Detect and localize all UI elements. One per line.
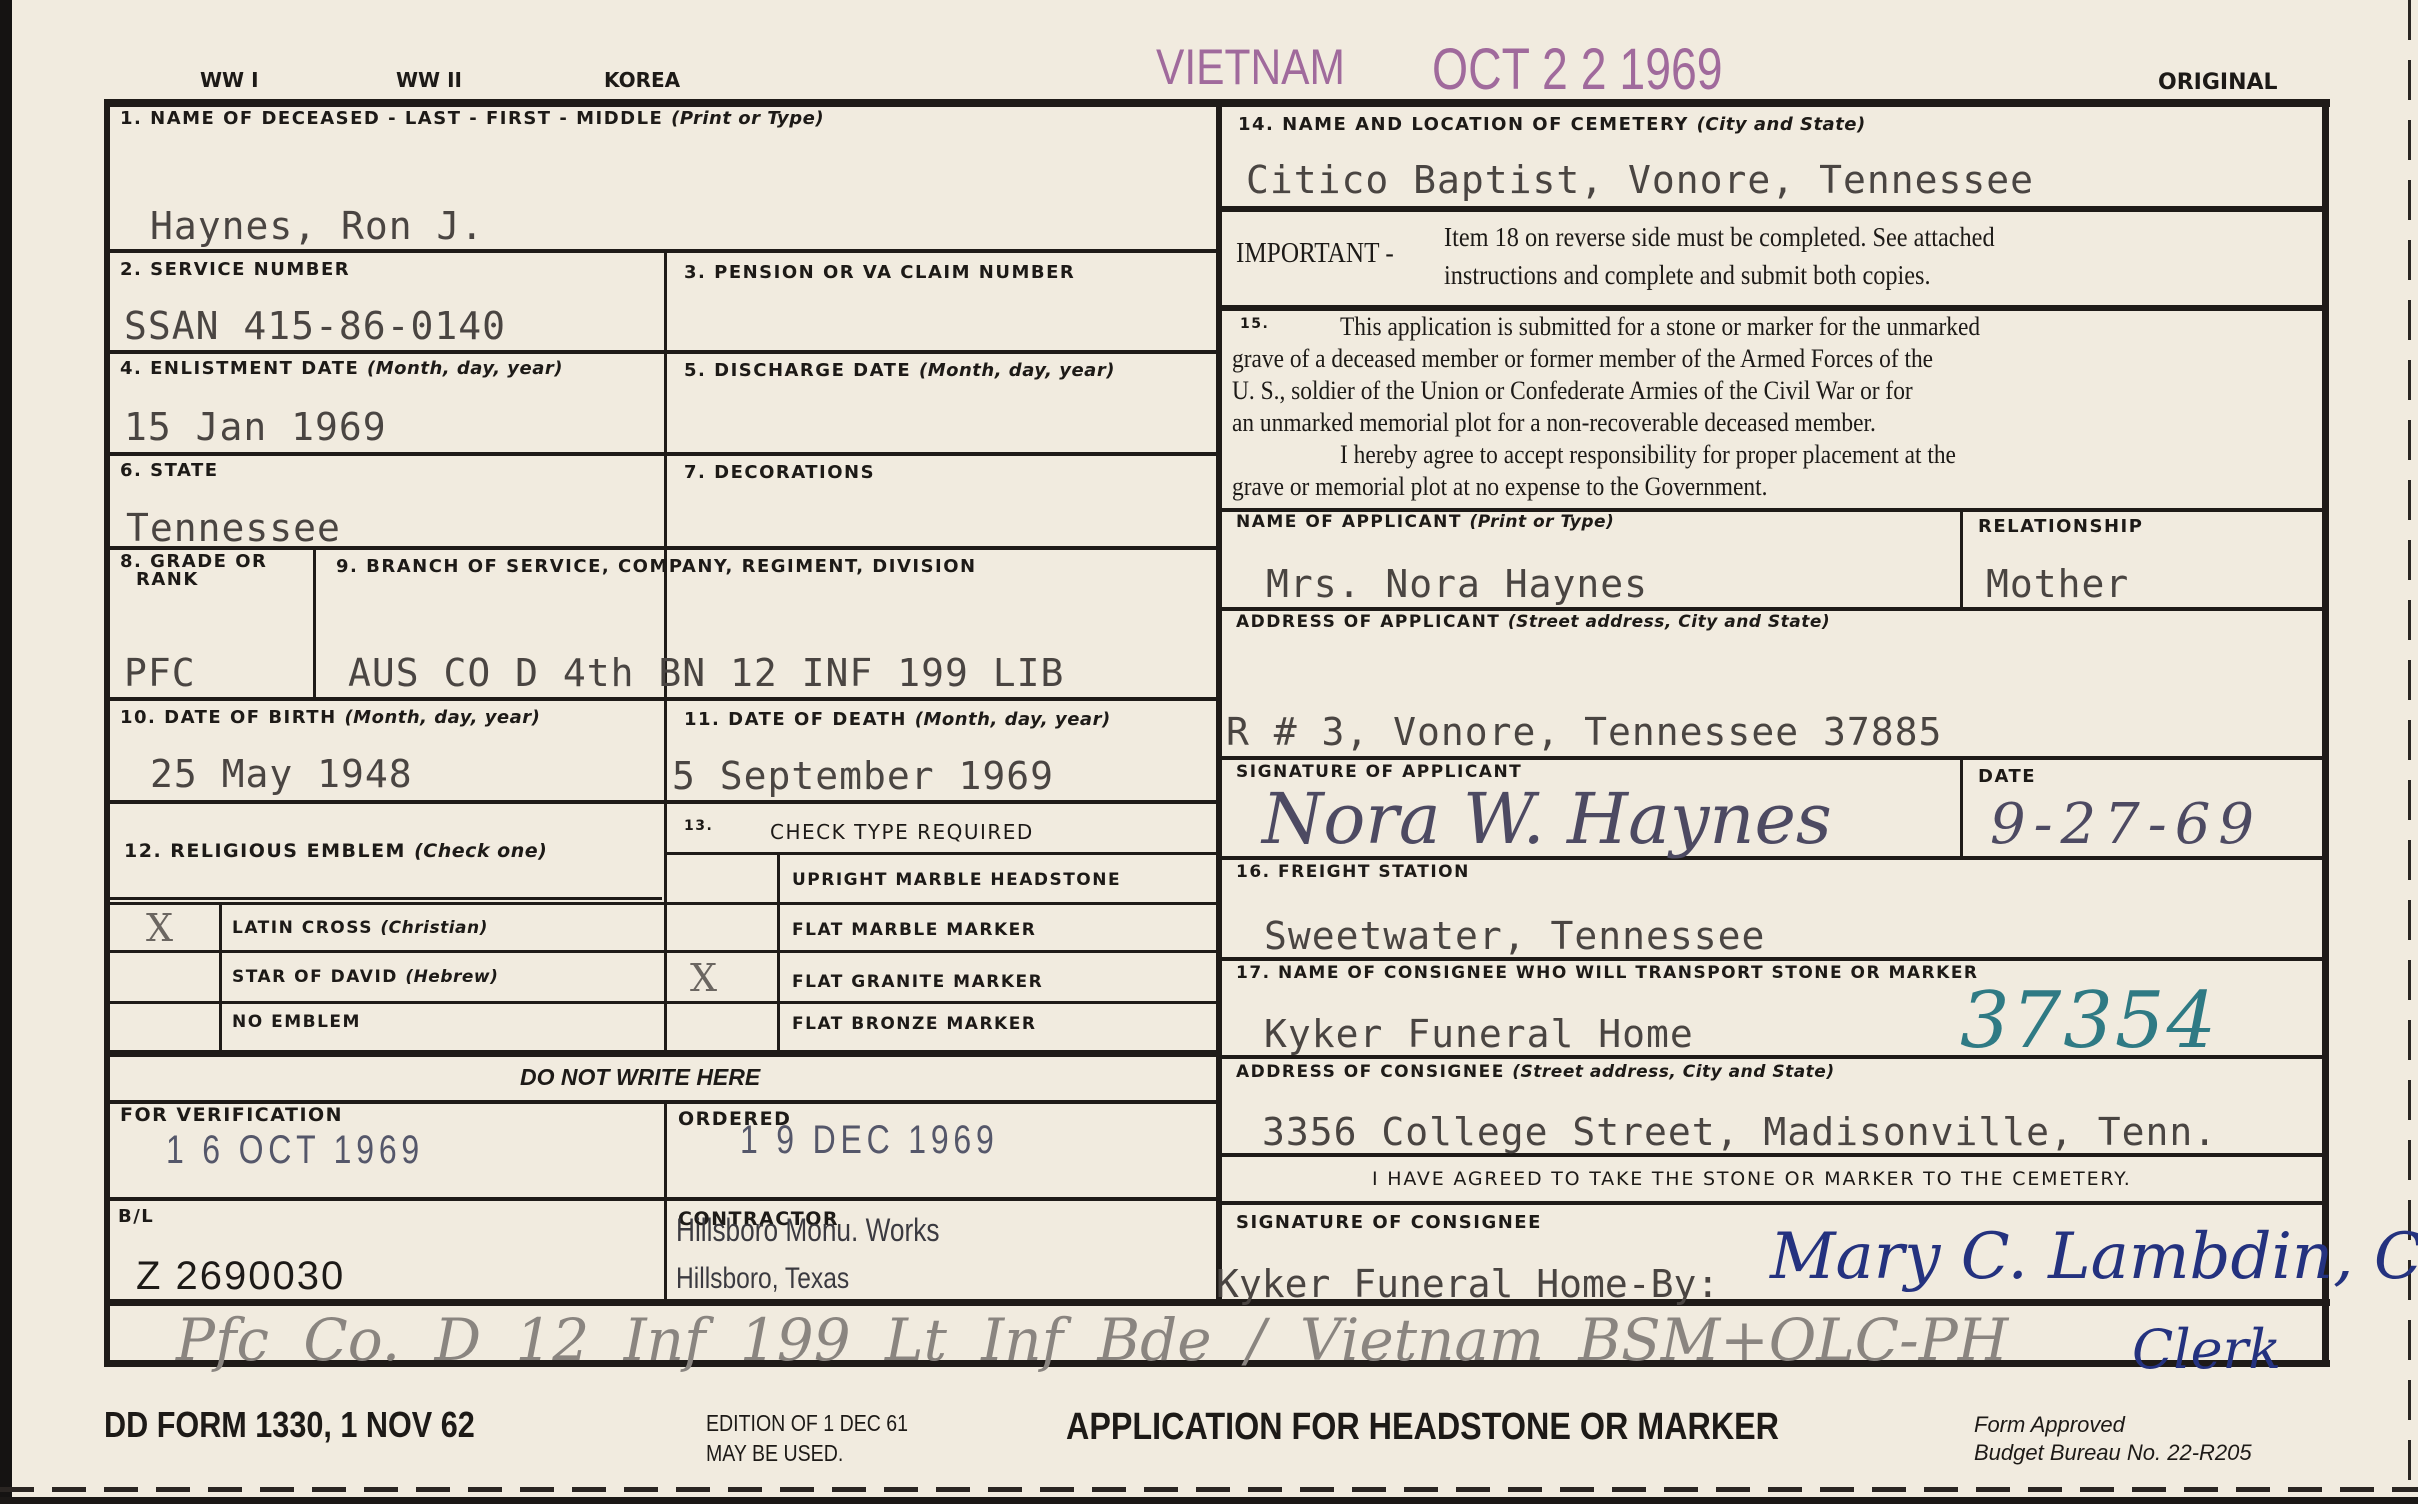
latin-cross-checkbox[interactable]: X	[146, 906, 173, 950]
rule	[1220, 305, 2326, 311]
applicant-address-value[interactable]: R # 3, Vonore, Tennessee 37885	[1226, 710, 1942, 754]
statement-line-6: grave or memorial plot at no expense to …	[1232, 472, 1767, 502]
statement-line-1: This application is submitted for a ston…	[1340, 312, 1980, 342]
rule	[104, 249, 1220, 253]
field-2-label: 2. SERVICE NUMBER	[120, 259, 350, 280]
option-flat-marble: FLAT MARBLE MARKER	[792, 920, 1036, 940]
consignee-zip-annotation: 37354	[1960, 976, 2218, 1066]
relationship-value[interactable]: Mother	[1986, 562, 2129, 606]
remarks-ink-notation: Clerk	[2132, 1318, 2281, 1381]
bl-number-value: Z 2690030	[136, 1254, 345, 1299]
consignee-signature-handwritten: Mary C. Lambdin, Clerk	[1770, 1220, 2418, 1294]
rule-v	[664, 700, 667, 1052]
rule-v	[313, 548, 316, 699]
agreement-statement: I HAVE AGREED TO TAKE THE STONE OR MARKE…	[1372, 1168, 2132, 1190]
field-13-label: CHECK TYPE REQUIRED	[770, 820, 1034, 844]
rule-v	[1960, 510, 1963, 609]
option-flat-bronze: FLAT BRONZE MARKER	[792, 1014, 1036, 1034]
frame-left	[104, 99, 110, 1367]
applicant-signature: Nora W. Haynes	[1262, 778, 1832, 860]
statement-line-5: I hereby agree to accept responsibility …	[1340, 440, 1956, 470]
applicant-address-label: ADDRESS OF APPLICANT (Street address, Ci…	[1236, 612, 1830, 632]
do-not-write-banner: DO NOT WRITE HERE	[520, 1064, 760, 1091]
war-label-ww2: WW II	[396, 68, 462, 92]
consignee-signature-label: SIGNATURE OF CONSIGNEE	[1236, 1212, 1542, 1233]
field-9-label: 9. BRANCH OF SERVICE, COMPANY, REGIMENT,…	[336, 556, 977, 577]
grade-value[interactable]: PFC	[124, 651, 196, 695]
option-flat-granite: FLAT GRANITE MARKER	[792, 972, 1043, 992]
field-17-label: 17. NAME OF CONSIGNEE WHO WILL TRANSPORT…	[1236, 963, 1979, 983]
rule	[104, 800, 1220, 804]
service-number-value[interactable]: SSAN 415-86-0140	[124, 304, 506, 348]
field-11-label: 11. DATE OF DEATH (Month, day, year)	[684, 709, 1111, 730]
received-date-stamp: OCT 2 2 1969	[1432, 36, 1723, 103]
rule	[104, 902, 1220, 905]
rule	[104, 697, 1220, 701]
edition-note-line-2: MAY BE USED.	[706, 1440, 843, 1467]
verification-date-stamp: 1 6 OCT 1969	[166, 1128, 424, 1173]
state-value[interactable]: Tennessee	[126, 506, 341, 550]
bl-label: B/L	[118, 1206, 154, 1227]
rule-v	[664, 1102, 667, 1302]
field-10-label: 10. DATE OF BIRTH (Month, day, year)	[120, 707, 540, 728]
important-line-2: instructions and complete and submit bot…	[1444, 260, 1931, 291]
approval-line-1: Form Approved	[1974, 1412, 2125, 1438]
form-identifier: DD FORM 1330, 1 NOV 62	[104, 1404, 475, 1446]
rule	[104, 1001, 1220, 1004]
rule	[104, 1050, 1220, 1057]
war-label-korea: KOREA	[604, 68, 680, 92]
branch-value[interactable]: AUS CO D 4th BN 12 INF 199 LIB	[348, 651, 1064, 695]
cemetery-value[interactable]: Citico Baptist, Vonore, Tennessee	[1246, 158, 2034, 202]
consignee-name-value[interactable]: Kyker Funeral Home	[1264, 1012, 1694, 1056]
approval-line-2: Budget Bureau No. 22-R205	[1974, 1440, 2252, 1466]
statement-line-3: U. S., soldier of the Union or Confedera…	[1232, 376, 1913, 406]
contractor-name-stamp: Hillsboro Monu. Works	[676, 1212, 939, 1249]
consignee-signature-typed: Kyker Funeral Home-By:	[1216, 1262, 1719, 1306]
field-15-number: 15.	[1240, 316, 1269, 332]
tear-off-perforation	[0, 1487, 2418, 1492]
scan-left-edge	[0, 0, 12, 1504]
signature-date: 9-27-69	[1990, 792, 2262, 857]
copy-label: ORIGINAL	[2158, 70, 2278, 95]
applicant-name-label: NAME OF APPLICANT (Print or Type)	[1236, 512, 1614, 532]
applicant-name-value[interactable]: Mrs. Nora Haynes	[1266, 562, 1648, 606]
flat-granite-checkbox[interactable]: X	[690, 956, 717, 1000]
frame-right	[2322, 99, 2329, 1367]
enlistment-date-value[interactable]: 15 Jan 1969	[124, 405, 387, 449]
rule	[666, 852, 1220, 855]
field-3-label: 3. PENSION OR VA CLAIM NUMBER	[684, 262, 1075, 283]
option-latin-cross: LATIN CROSS (Christian)	[232, 918, 488, 938]
vietnam-stamp: VIETNAM	[1156, 38, 1345, 96]
option-upright-marble: UPRIGHT MARBLE HEADSTONE	[792, 870, 1121, 890]
option-star-of-david: STAR OF DAVID (Hebrew)	[232, 967, 498, 987]
freight-station-value[interactable]: Sweetwater, Tennessee	[1264, 914, 1765, 958]
scan-bottom-edge	[0, 1497, 2418, 1504]
verification-label: FOR VERIFICATION	[120, 1104, 343, 1126]
field-14-label: 14. NAME AND LOCATION OF CEMETERY (City …	[1238, 114, 1866, 135]
relationship-label: RELATIONSHIP	[1978, 516, 2143, 537]
rule	[1220, 607, 2326, 611]
important-line-1: Item 18 on reverse side must be complete…	[1444, 222, 1995, 253]
death-date-value[interactable]: 5 September 1969	[672, 754, 1054, 798]
statement-line-4: an unmarked memorial plot for a non-reco…	[1232, 408, 1876, 438]
rule-v	[1960, 758, 1963, 858]
rule	[1220, 206, 2326, 212]
statement-line-2: grave of a deceased member or former mem…	[1232, 344, 1933, 374]
rule	[104, 350, 1220, 354]
rule-v	[664, 251, 667, 701]
rule	[1220, 756, 2326, 760]
rule	[104, 897, 662, 900]
rule-v	[219, 902, 222, 1052]
field-5-label: 5. DISCHARGE DATE (Month, day, year)	[684, 360, 1115, 381]
ordered-date-stamp: 1 9 DEC 1969	[740, 1118, 999, 1163]
field-4-label: 4. ENLISTMENT DATE (Month, day, year)	[120, 358, 563, 379]
field-13-number: 13.	[684, 818, 713, 834]
birth-date-value[interactable]: 25 May 1948	[150, 752, 413, 796]
edition-note-line-1: EDITION OF 1 DEC 61	[706, 1410, 908, 1437]
remarks-pencil-notation: Pfc Co. D 12 Inf 199 Lt Inf Bde / Vietna…	[176, 1306, 2008, 1374]
field-12-label: 12. RELIGIOUS EMBLEM (Check one)	[124, 840, 547, 862]
rule	[1220, 1201, 2326, 1205]
field-16-label: 16. FREIGHT STATION	[1236, 862, 1470, 882]
rule	[104, 1197, 1220, 1201]
consignee-address-value[interactable]: 3356 College Street, Madisonville, Tenn.	[1262, 1110, 2217, 1154]
field-6-label: 6. STATE	[120, 460, 219, 481]
date-label: DATE	[1978, 766, 2036, 787]
important-label: IMPORTANT -	[1236, 238, 1394, 270]
field-7-label: 7. DECORATIONS	[684, 462, 875, 483]
rule	[104, 950, 1220, 953]
form-title: APPLICATION FOR HEADSTONE OR MARKER	[1066, 1406, 1779, 1449]
option-no-emblem: NO EMBLEM	[232, 1012, 361, 1032]
contractor-city-stamp: Hillsboro, Texas	[676, 1262, 849, 1296]
field-8-label: 8. GRADE OR RANK	[120, 553, 267, 589]
rule-v	[777, 852, 780, 1052]
consignee-address-label: ADDRESS OF CONSIGNEE (Street address, Ci…	[1236, 1062, 1835, 1082]
center-divider	[1216, 99, 1222, 1304]
field-1-label: 1. NAME OF DECEASED - LAST - FIRST - MID…	[120, 108, 824, 129]
deceased-name-value[interactable]: Haynes, Ron J.	[150, 204, 484, 248]
rule	[104, 452, 1220, 456]
war-label-ww1: WW I	[200, 68, 259, 92]
